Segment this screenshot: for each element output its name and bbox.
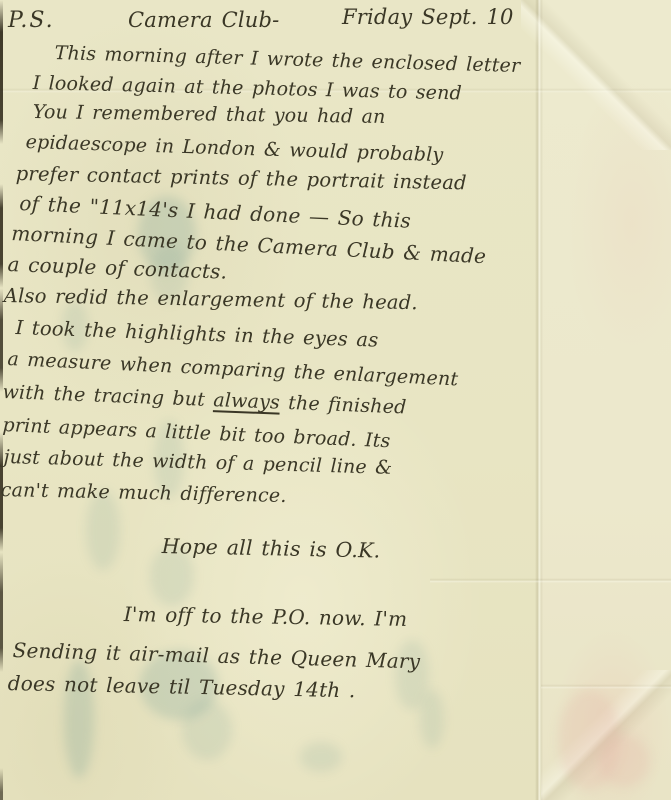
paper-blotch [598,735,650,787]
letter-line-12-post: the finished [280,392,407,419]
date-heading: Friday Sept. 10 [342,5,514,29]
letter-line-14: just about the width of a pencil line & [3,446,392,479]
letter-line-8: a couple of contacts. [7,252,227,284]
letter-line-3: You I remembered that you had an [33,101,386,128]
ink-bleed-stain [420,690,444,748]
letter-line-1: This morning after I wrote the enclosed … [54,42,520,77]
letter-line-16: Hope all this is O.K. [161,534,380,563]
letter-line-15: can't make much difference. [1,479,287,507]
ink-bleed-stain [300,742,342,772]
letter-line-12-pre: with the tracing but [2,381,214,411]
underlined-word: always [213,389,280,414]
scanned-letter-page: P.S. Camera Club- Friday Sept. 10 This m… [0,0,671,800]
letter-line-2: I looked again at the photos I was to se… [32,72,462,104]
letter-line-12: with the tracing but always the finished [2,381,407,419]
postscript-label: P.S. [8,8,55,33]
ink-bleed-stain [182,700,232,760]
diagonal-corner-crease [521,0,671,150]
letter-line-19: does not leave til Tuesday 14th . [7,671,355,702]
letter-line-13: print appears a little bit too broad. It… [2,414,391,452]
horizontal-fold-crease [430,578,671,583]
letter-line-4: epidaescope in London & would probably [25,131,443,166]
letter-line-17: I'm off to the P.O. now. I'm [124,602,408,631]
letter-line-5: prefer contact prints of the portrait in… [16,162,467,194]
location-heading: Camera Club- [128,8,279,32]
